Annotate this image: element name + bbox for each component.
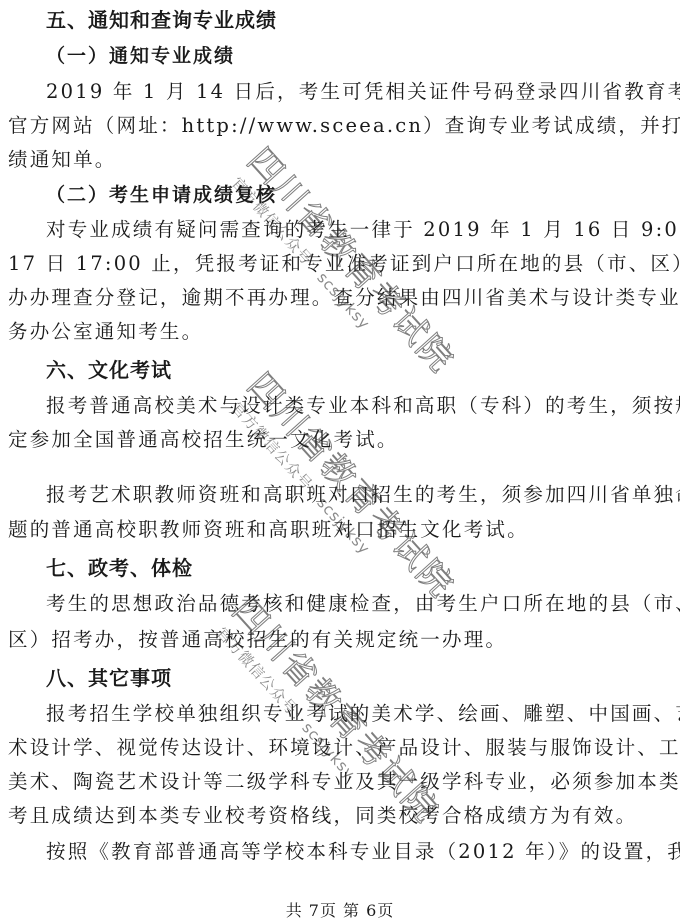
paragraph-line: 考且成绩达到本类专业校考资格线，同类校考合格成绩方为有效。 — [8, 804, 676, 828]
section-heading: （二）考生申请成绩复核 — [46, 183, 680, 207]
paragraph-line: 报考招生学校单独组织专业考试的美术学、绘画、雕塑、中国画、艺 — [46, 702, 676, 726]
paragraph-line: 报考艺术职教师资班和高职班对口招生的考生，须参加四川省单独命 — [46, 483, 676, 507]
section-heading: 五、通知和查询专业成绩 — [46, 8, 680, 32]
paragraph-line: 办办理查分登记，逾期不再办理。查分结果由四川省美术与设计类专业考 — [8, 286, 676, 310]
section-heading: 八、其它事项 — [46, 666, 680, 690]
paragraph-line: 对专业成绩有疑问需查询的考生一律于 2019 年 1 月 16 日 9:00 起… — [46, 218, 676, 242]
paragraph-line: 考生的思想政治品德考核和健康检查，由考生户口所在地的县（市、 — [46, 592, 676, 616]
paragraph-line: 美术、陶瓷艺术设计等二级学科专业及其一级学科专业，必须参加本类统 — [8, 770, 676, 794]
paragraph-line: 官方网站（网址：http://www.sceea.cn）查询专业考试成绩，并打印… — [8, 114, 676, 138]
paragraph-line: 务办公室通知考生。 — [8, 320, 676, 344]
paragraph-line: 报考普通高校美术与设计类专业本科和高职（专科）的考生，须按规 — [46, 394, 676, 418]
paragraph-line: 术设计学、视觉传达设计、环境设计、产品设计、服装与服饰设计、工艺 — [8, 736, 676, 760]
section-heading: 六、文化考试 — [46, 358, 680, 382]
paragraph-line: 题的普通高校职教师资班和高职班对口招生文化考试。 — [8, 518, 676, 542]
document-page: 五、通知和查询专业成绩（一）通知专业成绩2019 年 1 月 14 日后，考生可… — [0, 0, 680, 924]
paragraph-line: 2019 年 1 月 14 日后，考生可凭相关证件号码登录四川省教育考试院 — [46, 80, 676, 104]
paragraph-line: 17 日 17:00 止，凭报考证和专业准考证到户口所在地的县（市、区）招考 — [8, 252, 676, 276]
paragraph-line: 定参加全国普通高校招生统一文化考试。 — [8, 428, 676, 452]
section-heading: 七、政考、体检 — [46, 556, 680, 580]
page-footer: 共 7页 第 6页 — [0, 898, 680, 921]
paragraph-line: 绩通知单。 — [8, 148, 676, 172]
paragraph-line: 按照《教育部普通高等学校本科专业目录（2012 年）》的设置，我省 — [46, 840, 676, 864]
section-heading: （一）通知专业成绩 — [46, 44, 680, 68]
paragraph-line: 区）招考办，按普通高校招生的有关规定统一办理。 — [8, 628, 676, 652]
